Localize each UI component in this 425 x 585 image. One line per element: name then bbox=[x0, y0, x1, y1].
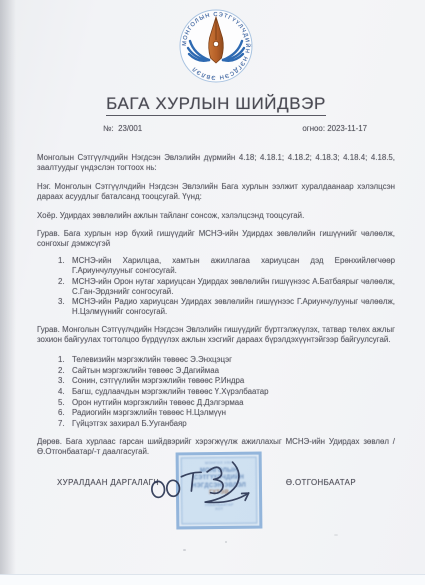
working-group-list: Телевизийн мэргэжлийн төвөөс Э.Энхцэцэг … bbox=[37, 355, 395, 429]
paragraph-intro: Монголын Сэтгүүлчдийн Нэгдсэн Эвлэлийн д… bbox=[37, 153, 395, 173]
doc-date-value: 2023-11-17 bbox=[327, 124, 367, 133]
working-group-item: Гүйцэтгэх захирал Б.Ууганбаяр bbox=[58, 419, 395, 429]
members-list-item: МСНЭ-ийн Харилцаа, хамтын ажиллагаа хари… bbox=[58, 256, 395, 276]
document-meta-row: №: 23/001 огноо: 2023-11-17 bbox=[37, 124, 395, 133]
scan-speck bbox=[334, 534, 338, 536]
handwritten-signature-icon bbox=[146, 458, 264, 512]
chairman-label: ХУРАЛДААН ДАРГАЛАГЧ bbox=[57, 478, 159, 487]
doc-number-label: №: bbox=[103, 124, 114, 133]
chairman-name: Ө.ОТГОНБААТАР bbox=[286, 478, 356, 487]
working-group-item: Сонин, сэтгүүлийн мэргэжлийн төвөөс Р.Ин… bbox=[58, 376, 395, 386]
working-group-item: Багш, судлаачдын мэргэжлийн төвөөс Ү.Хүр… bbox=[58, 387, 395, 397]
clause-three-b: Гурав. Монголын Сэтгүүлчдийн Нэгдсэн Эвл… bbox=[37, 325, 395, 345]
doc-date-label: огноо: bbox=[302, 124, 325, 133]
journalists-union-emblem-icon: МОНГОЛЫН СЭТГҮҮЛЧДИЙН НЭГДСЭН ЭВЛЭЛ bbox=[178, 8, 254, 84]
members-list: МСНЭ-ийн Харилцаа, хамтын ажиллагаа хари… bbox=[37, 256, 395, 317]
members-list-item: МСНЭ-ийн Радио хариуцсан Удирдах зөвлөли… bbox=[58, 297, 395, 317]
members-list-item: МСНЭ-ийн Орон нутаг хариуцсан Удирдах зө… bbox=[58, 277, 395, 297]
scan-speck bbox=[225, 541, 227, 543]
working-group-item: Телевизийн мэргэжлийн төвөөс Э.Энхцэцэг bbox=[58, 355, 395, 365]
clause-two: Хоёр. Удирдах зөвлөлийн ажлын тайланг со… bbox=[37, 211, 395, 221]
doc-number: №: 23/001 bbox=[103, 124, 142, 133]
clause-one: Нэг. Монголын Сэтгүүлчдийн Нэгдсэн Эвлэл… bbox=[37, 182, 395, 202]
working-group-item: Сайтын мэргэжлийн төвөөс Э.Дагиймаа bbox=[58, 366, 395, 376]
document-title: БАГА ХУРЛЫН ШИЙДВЭР bbox=[106, 94, 326, 116]
scan-speck bbox=[183, 549, 186, 551]
clause-three-a: Гурав. Бага хурлын нэр бүхий гишүүдийг М… bbox=[37, 229, 395, 249]
scan-edge-bottom bbox=[0, 574, 425, 585]
working-group-item: Орон нутгийн мэргэжлийн төвөөс Д.Дэлгэрм… bbox=[58, 398, 395, 408]
doc-number-value: 23/001 bbox=[118, 124, 142, 133]
scanned-document-page: МОНГОЛЫН СЭТГҮҮЛЧДИЙН НЭГДСЭН ЭВЛЭЛ bbox=[0, 0, 425, 585]
working-group-item: Радиогийн мэргэжлийн төвөөс Н.Цэлмүүн bbox=[58, 408, 395, 418]
doc-date: огноо: 2023-11-17 bbox=[302, 124, 367, 133]
document-body: МОНГОЛЫН СЭТГҮҮЛЧДИЙН НЭГДСЭН ЭВЛЭЛ bbox=[0, 8, 425, 487]
